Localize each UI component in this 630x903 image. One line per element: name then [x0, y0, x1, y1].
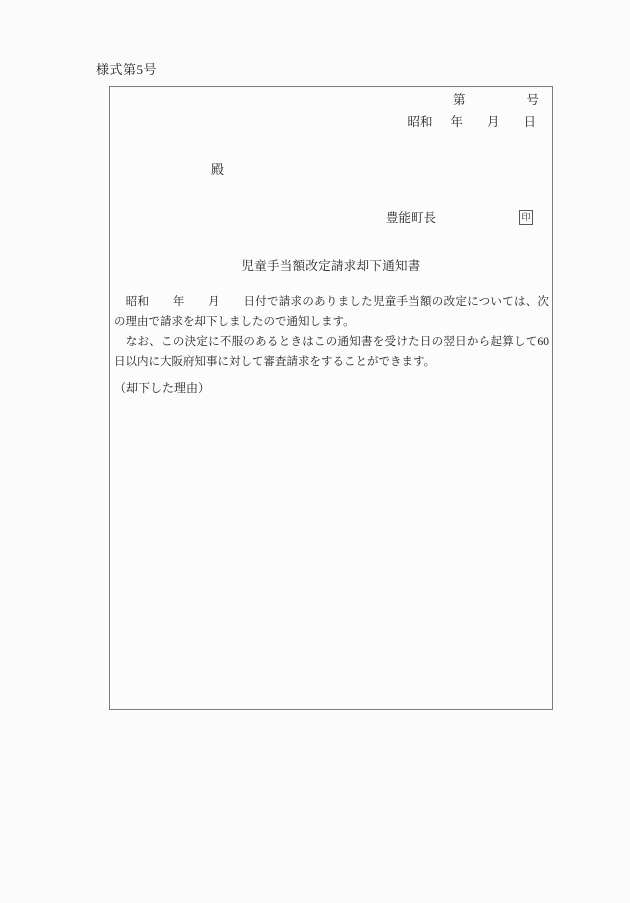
date-day-label: 日	[523, 112, 536, 130]
date-era-label: 昭和	[407, 112, 432, 130]
body-line-1: 昭和 年 月 日付で請求のありました児童手当額の改定については、次	[114, 292, 549, 312]
date-year-label: 年	[450, 112, 463, 130]
date-month-label: 月	[487, 112, 500, 130]
form-number-label: 様式第5号	[96, 59, 157, 78]
seal-mark: 印	[519, 210, 533, 225]
addressee-honorific: 殿	[211, 159, 224, 178]
body-line-2: の理由で請求を却下しましたので通知します。	[114, 312, 549, 332]
document-page: 様式第5号 第 号 昭和 年 月 日 殿 豊能町長 印 児童手当額改定請求却下通…	[0, 0, 630, 903]
document-body: 昭和 年 月 日付で請求のありました児童手当額の改定については、次 の理由で請求…	[114, 292, 549, 372]
rejection-reason-label: （却下した理由）	[114, 379, 210, 396]
issuer-name: 豊能町長	[386, 208, 436, 226]
document-frame: 第 号 昭和 年 月 日 殿 豊能町長 印 児童手当額改定請求却下通知書 昭和 …	[109, 86, 553, 710]
document-title: 児童手当額改定請求却下通知書	[110, 256, 552, 274]
issuer-line: 豊能町長 印	[386, 208, 533, 226]
body-line-3: なお、この決定に不服のあるときはこの通知書を受けた日の翌日から起算して60	[114, 332, 549, 352]
body-line-4: 日以内に大阪府知事に対して審査請求をすることができます。	[114, 352, 549, 372]
document-number-line: 第 号	[453, 90, 539, 108]
number-suffix: 号	[526, 90, 539, 108]
document-date-line: 昭和 年 月 日	[407, 112, 536, 130]
number-prefix: 第	[453, 90, 466, 108]
